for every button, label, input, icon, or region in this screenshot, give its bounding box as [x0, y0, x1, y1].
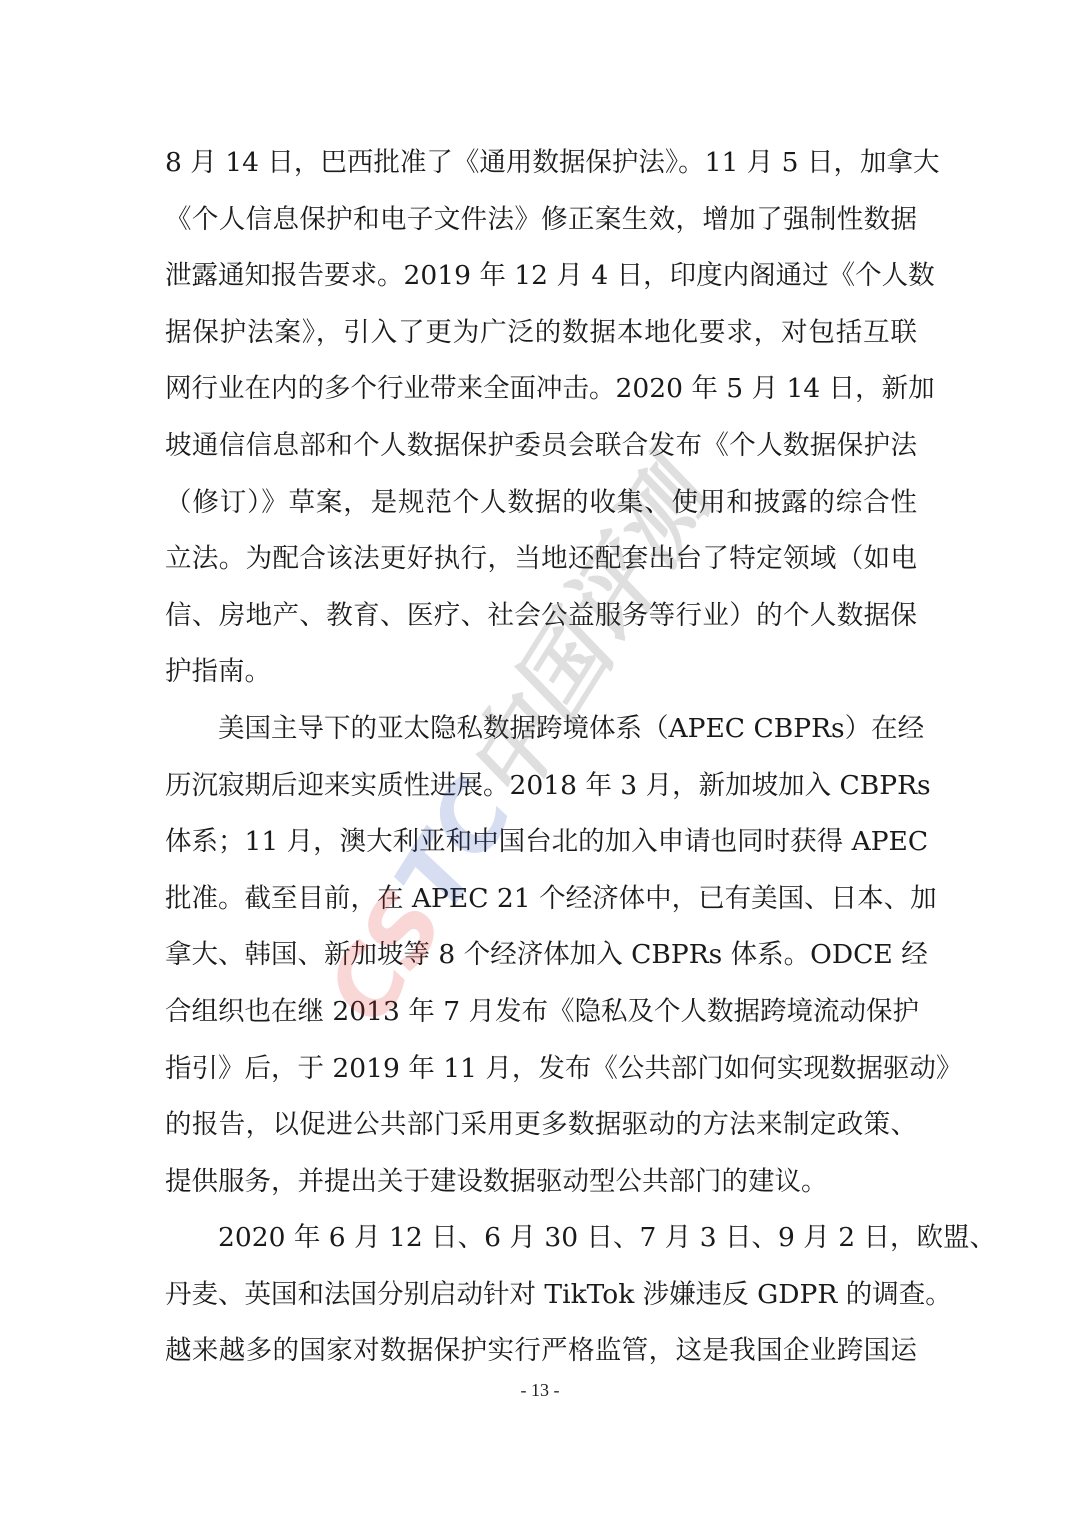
text-line: 批准。截至目前，在 APEC 21 个经济体中，已有美国、日本、加	[165, 871, 917, 928]
text-line: 历沉寂期后迎来实质性进展。2018 年 3 月，新加坡加入 CBPRs	[165, 758, 917, 815]
text-line: 指引》后，于 2019 年 11 月，发布《公共部门如何实现数据驱动》	[165, 1041, 917, 1098]
text-line: 体系；11 月，澳大利亚和中国台北的加入申请也同时获得 APEC	[165, 814, 917, 871]
text-line: 美国主导下的亚太隐私数据跨境体系（APEC CBPRs）在经	[165, 701, 917, 758]
text-line: 丹麦、英国和法国分别启动针对 TikTok 涉嫌违反 GDPR 的调查。	[165, 1267, 917, 1324]
text-line: 8 月 14 日，巴西批准了《通用数据保护法》。11 月 5 日，加拿大	[165, 135, 917, 192]
text-line: 立法。为配合该法更好执行，当地还配套出台了特定领域（如电	[165, 531, 917, 588]
text-line: 据保护法案》，引入了更为广泛的数据本地化要求，对包括互联	[165, 305, 917, 362]
body-text: 8 月 14 日，巴西批准了《通用数据保护法》。11 月 5 日，加拿大 《个人…	[165, 135, 917, 1380]
text-line: 护指南。	[165, 644, 917, 701]
text-line: 拿大、韩国、新加坡等 8 个经济体加入 CBPRs 体系。ODCE 经	[165, 927, 917, 984]
text-line: 提供服务，并提出关于建设数据驱动型公共部门的建议。	[165, 1154, 917, 1211]
text-line: 网行业在内的多个行业带来全面冲击。2020 年 5 月 14 日，新加	[165, 361, 917, 418]
text-line: 《个人信息保护和电子文件法》修正案生效，增加了强制性数据	[165, 192, 917, 249]
text-line: 信、房地产、教育、医疗、社会公益服务等行业）的个人数据保	[165, 588, 917, 645]
text-line: 合组织也在继 2013 年 7 月发布《隐私及个人数据跨境流动保护	[165, 984, 917, 1041]
document-page: 8 月 14 日，巴西批准了《通用数据保护法》。11 月 5 日，加拿大 《个人…	[0, 0, 1080, 1527]
page-number: - 13 -	[0, 1380, 1080, 1401]
text-line: 2020 年 6 月 12 日、6 月 30 日、7 月 3 日、9 月 2 日…	[165, 1210, 917, 1267]
text-line: 坡通信信息部和个人数据保护委员会联合发布《个人数据保护法	[165, 418, 917, 475]
text-line: （修订）》草案，是规范个人数据的收集、使用和披露的综合性	[165, 475, 917, 532]
text-line: 的报告，以促进公共部门采用更多数据驱动的方法来制定政策、	[165, 1097, 917, 1154]
text-line: 越来越多的国家对数据保护实行严格监管，这是我国企业跨国运	[165, 1323, 917, 1380]
text-line: 泄露通知报告要求。2019 年 12 月 4 日，印度内阁通过《个人数	[165, 248, 917, 305]
